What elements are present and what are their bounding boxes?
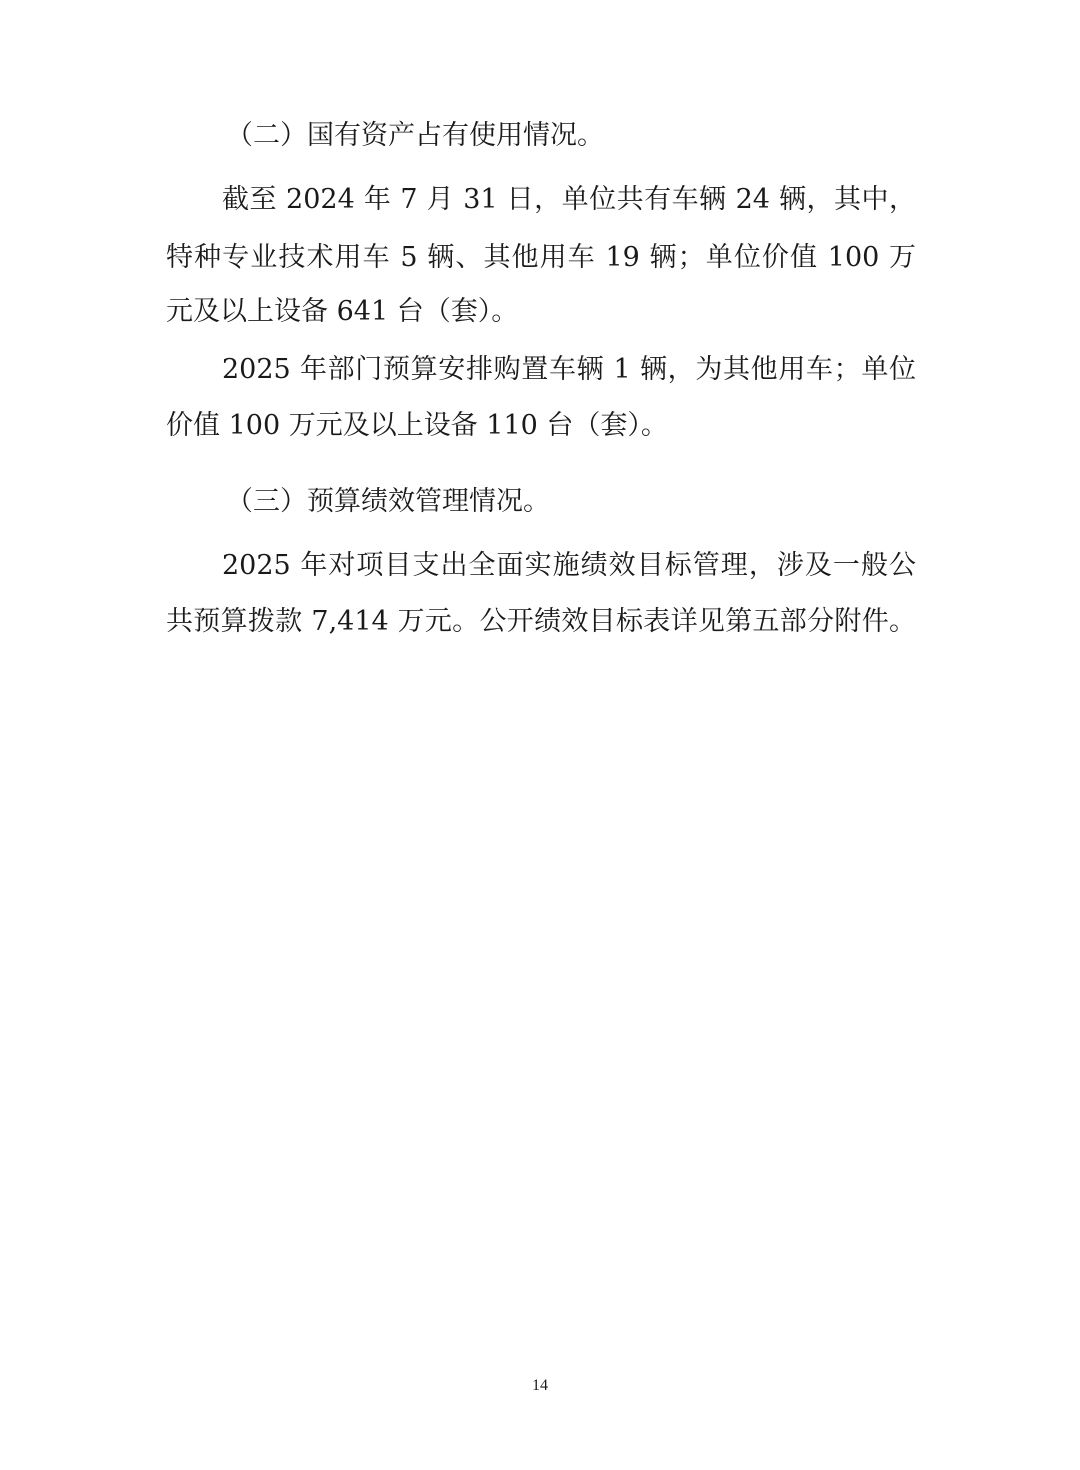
page-number: 14 xyxy=(0,1377,1080,1395)
paragraph-line: 2025 年部门预算安排购置车辆 1 辆，为其他用车；单位 xyxy=(222,352,916,388)
paragraph-line: 价值 100 万元及以上设备 110 台（套）。 xyxy=(166,408,916,444)
paragraph-line: 2025 年对项目支出全面实施绩效目标管理，涉及一般公 xyxy=(222,548,916,584)
paragraph-line: 特种专业技术用车 5 辆、其他用车 19 辆；单位价值 100 万 xyxy=(166,240,916,276)
section-heading-performance: （三）预算绩效管理情况。 xyxy=(226,484,976,520)
paragraph-line: 共预算拨款 7,414 万元。公开绩效目标表详见第五部分附件。 xyxy=(166,604,916,640)
paragraph-line: 截至 2024 年 7 月 31 日，单位共有车辆 24 辆，其中， xyxy=(222,182,916,218)
section-heading-assets: （二）国有资产占有使用情况。 xyxy=(226,118,976,154)
paragraph-line: 元及以上设备 641 台（套）。 xyxy=(166,294,916,330)
